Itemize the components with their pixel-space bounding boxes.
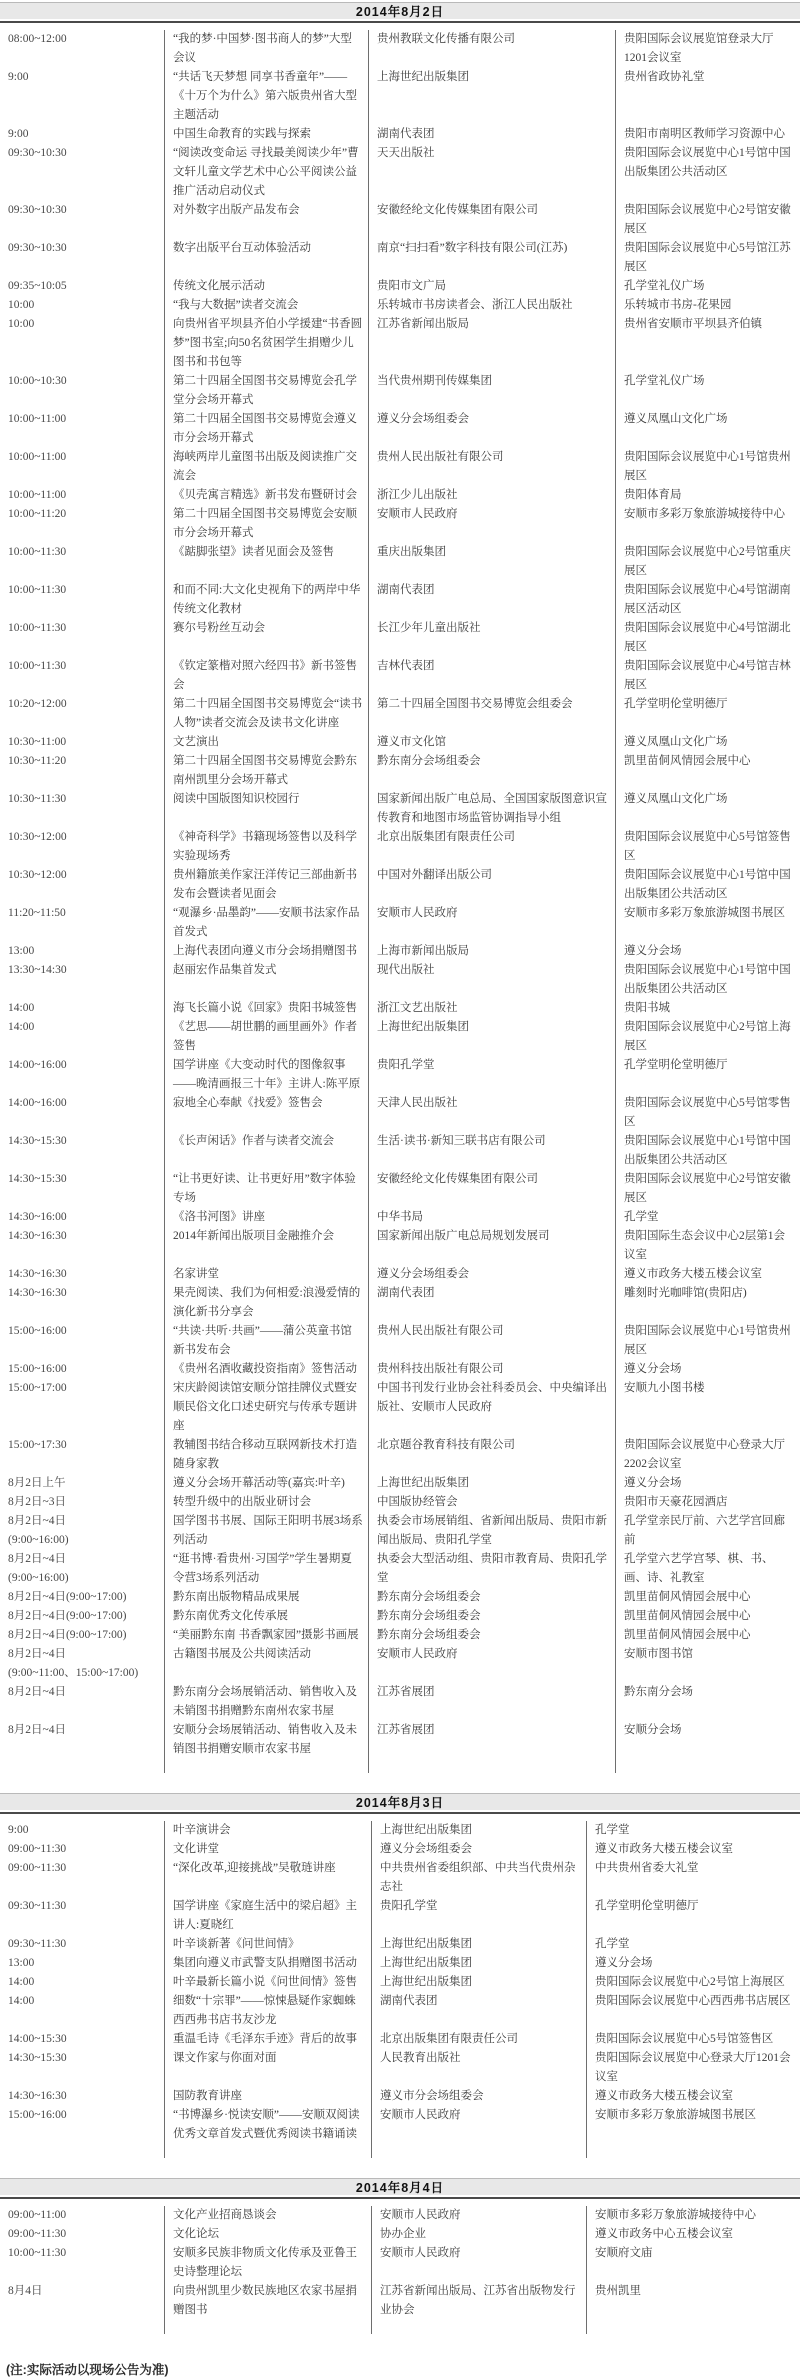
cell-time: 14:30~16:30 [0,1284,164,1322]
cell-organizer: 贵州科技出版社有限公司 [368,1360,615,1379]
table-row: 10:00~11:30 安顺多民族非物质文化传承及亚鲁王史诗整理论坛 安顺市人民… [0,2244,800,2282]
cell-time: 14:30~15:30 [0,2049,164,2087]
cell-venue: 贵阳国际会议展览中心1号馆中国出版集团公共活动区 [615,144,800,201]
cell-venue: 贵阳国际会议展览中心1号馆贵州展区 [615,448,800,486]
cell-venue: 贵阳书城 [615,999,800,1018]
cell-organizer: 安顺市人民政府 [368,505,615,543]
cell-venue: 孔学堂明伦堂明德厅 [586,1897,800,1935]
cell-event: 赛尔号粉丝互动会 [164,619,368,657]
cell-event: “逛书博·看贵州·习国学”学生暑期夏令营3场系列活动 [164,1550,368,1588]
table-row: 8月2日~4日(9:00~17:00) 黔东南出版物精品成果展 黔东南分会场组委… [0,1588,800,1607]
cell-event: 叶辛演讲会 [164,1821,371,1840]
cell-time: 09:00~11:30 [0,1840,164,1859]
cell-event: 第二十四届全国图书交易博览会安顺市分会场开幕式 [164,505,368,543]
cell-time: 8月2日~4日(9:00~17:00) [0,1588,164,1607]
cell-event: 国学讲座《家庭生活中的梁启超》主讲人:夏晓红 [164,1897,371,1935]
cell-venue: 安顺分会场 [615,1721,800,1773]
cell-venue: 贵阳国际会议展览中心5号馆签售区 [615,828,800,866]
cell-time: 14:00~15:30 [0,2030,164,2049]
table-row: 14:30~16:30 2014年新闻出版项目金融推介会 国家新闻出版广电总局规… [0,1227,800,1265]
cell-venue: 贵阳市天豪花园酒店 [615,1493,800,1512]
table-row: 13:00 集团向遵义市武警支队捐赠图书活动 上海世纪出版集团 遵义分会场 [0,1954,800,1973]
cell-venue: 孔学堂明伦堂明德厅 [615,1056,800,1094]
cell-venue: 贵阳国际会议展览中心登录大厅2202会议室 [615,1436,800,1474]
cell-venue: 安顺市多彩万象旅游城接待中心 [586,2206,800,2225]
table-row: 14:00 《艺思——胡世鹏的画里画外》作者签售 上海世纪出版集团 贵阳国际会议… [0,1018,800,1056]
cell-event: “美丽黔东南 书香飘家园”摄影书画展 [164,1626,368,1645]
cell-event: “我的梦·中国梦·图书商人的梦”大型会议 [164,30,368,68]
table-row: 15:00~16:00 “共读·共听·共画”——蒲公英童书馆新书发布会 贵州人民… [0,1322,800,1360]
cell-event: 国防教育讲座 [164,2087,371,2106]
cell-event: 文化论坛 [164,2225,371,2244]
table-row: 10:00~11:00 海峡两岸儿童图书出版及阅读推广交流会 贵州人民出版社有限… [0,448,800,486]
cell-time: 10:30~12:00 [0,866,164,904]
cell-time: 09:00~11:30 [0,2225,164,2244]
table-row: 09:00~11:30 文化论坛 协办企业 遵义市政务中心五楼会议室 [0,2225,800,2244]
table-row: 09:35~10:05 传统文化展示活动 贵阳市文广局 孔学堂礼仪广场 [0,277,800,296]
cell-organizer: 人民教育出版社 [371,2049,586,2087]
cell-organizer: 安顺市人民政府 [368,904,615,942]
table-row: 8月2日~4日 (9:00~16:00) “逛书博·看贵州·习国学”学生暑期夏令… [0,1550,800,1588]
table-row: 09:30~10:30 “阅读改变命运 寻找最美阅读少年”曹文轩儿童文学艺术中心… [0,144,800,201]
cell-organizer: 江苏省展团 [368,1721,615,1773]
cell-event: 遵义分会场开幕活动等(嘉宾:叶辛) [164,1474,368,1493]
section-date-header: 2014年8月3日 [0,1793,800,1810]
cell-time: 10:00~11:00 [0,410,164,448]
cell-time: 14:30~16:00 [0,1208,164,1227]
cell-venue: 贵阳国际生态会议中心2层第1会议室 [615,1227,800,1265]
cell-organizer: 安顺市人民政府 [371,2206,586,2225]
table-row: 10:00 “我与大数据”读者交流会 乐转城市书房读者会、浙江人民出版社 乐转城… [0,296,800,315]
table-row: 8月2日~4日 (9:00~16:00) 国学图书书展、国际王阳明书展3场系列活… [0,1512,800,1550]
cell-time: 14:00 [0,1018,164,1056]
cell-venue: 孔学堂明伦堂明德厅 [615,695,800,733]
cell-venue: 凯里苗侗风情园会展中心 [615,1588,800,1607]
cell-organizer: 湖南代表团 [368,125,615,144]
cell-venue: 贵阳国际会议展览中心4号馆湖北展区 [615,619,800,657]
cell-organizer: 国家新闻出版广电总局、全国国家版图意识宣传教育和地图市场监管协调指导小组 [368,790,615,828]
cell-event: 教辅图书结合移动互联网新技术打造随身家教 [164,1436,368,1474]
table-row: 09:30~11:30 国学讲座《家庭生活中的梁启超》主讲人:夏晓红 贵阳孔学堂… [0,1897,800,1935]
cell-time: 15:00~16:00 [0,2106,164,2158]
table-row: 14:00 细数“十宗罪”——惊悚悬疑作家蜘蛛西西弗书店书友沙龙 湖南代表团 贵… [0,1992,800,2030]
table-row: 10:00~11:30 《钦定篆楷对照六经四书》新书签售会 吉林代表团 贵阳国际… [0,657,800,695]
cell-event: “共读·共听·共画”——蒲公英童书馆新书发布会 [164,1322,368,1360]
cell-organizer: 黔东南分会场组委会 [368,752,615,790]
table-row: 14:30~16:30 名家讲堂 遵义分会场组委会 遵义市政务大楼五楼会议室 [0,1265,800,1284]
cell-time: 8月2日~4日 (9:00~16:00) [0,1550,164,1588]
cell-venue: 贵阳国际会议展览中心2号馆上海展区 [615,1018,800,1056]
table-row: 9:00 “共话飞天梦想 同享书香童年”——《十万个为什么》第六版贵州省大型主题… [0,68,800,125]
cell-organizer: 安顺市人民政府 [371,2244,586,2282]
table-row: 10:00~11:30 和而不同:大文化史视角下的两岸中华传统文化教材 湖南代表… [0,581,800,619]
cell-time: 8月4日 [0,2282,164,2334]
cell-organizer: 执委会大型活动组、贵阳市教育局、贵阳孔学堂 [368,1550,615,1588]
cell-time: 11:20~11:50 [0,904,164,942]
cell-venue: 黔东南分会场 [615,1683,800,1721]
cell-event: 第二十四届全国图书交易博览会孔学堂分会场开幕式 [164,372,368,410]
cell-venue: 贵阳体育局 [615,486,800,505]
cell-time: 9:00 [0,125,164,144]
table-row: 13:00 上海代表团向遵义市分会场捐赠图书 上海市新闻出版局 遵义分会场 [0,942,800,961]
cell-time: 14:30~16:30 [0,1227,164,1265]
table-row: 10:30~11:00 文艺演出 遵义市文化馆 遵义凤凰山文化广场 [0,733,800,752]
cell-event: 上海代表团向遵义市分会场捐赠图书 [164,942,368,961]
cell-venue: 贵阳国际会议展览中心登录大厅1201会议室 [586,2049,800,2087]
cell-venue: 贵阳国际会议展览中心5号馆江苏展区 [615,239,800,277]
table-row: 8月2日~4日 安顺分会场展销活动、销售收入及未销图书捐赠安顺市农家书屋 江苏省… [0,1721,800,1773]
cell-venue: 贵阳市南明区教师学习资源中心 [615,125,800,144]
cell-venue: 安顺市图书馆 [615,1645,800,1683]
cell-organizer: 贵州人民出版社有限公司 [368,1322,615,1360]
cell-organizer: 湖南代表团 [368,1284,615,1322]
cell-time: 15:00~17:00 [0,1379,164,1436]
cell-venue: 贵阳国际会议展览中心5号馆签售区 [586,2030,800,2049]
cell-organizer: 中共贵州省委组织部、中共当代贵州杂志社 [371,1859,586,1897]
cell-venue: 中共贵州省委大礼堂 [586,1859,800,1897]
table-row: 13:30~14:30 赵丽宏作品集首发式 现代出版社 贵阳国际会议展览中心1号… [0,961,800,999]
cell-event: “书博瀑乡·悦读安顺”——安顺双阅读优秀文章首发式暨优秀阅读书籍诵读 [164,2106,371,2158]
cell-venue: 贵阳国际会议展览中心2号馆重庆展区 [615,543,800,581]
cell-event: 赵丽宏作品集首发式 [164,961,368,999]
cell-venue: 孔学堂亲民厅前、六艺学宫回廊前 [615,1512,800,1550]
cell-event: 和而不同:大文化史视角下的两岸中华传统文化教材 [164,581,368,619]
table-row: 8月2日~4日 (9:00~11:00、15:00~17:00) 古籍图书展及公… [0,1645,800,1683]
cell-time: 15:00~16:00 [0,1360,164,1379]
table-row: 14:00 叶辛最新长篇小说《问世间情》签售 上海世纪出版集团 贵阳国际会议展览… [0,1973,800,1992]
cell-time: 14:00 [0,1973,164,1992]
schedule-section: 2014年8月2日 08:00~12:00 “我的梦·中国梦·图书商人的梦”大型… [0,2,800,1773]
cell-event: 文化产业招商恳谈会 [164,2206,371,2225]
cell-venue: 贵阳国际会议展览中心1号馆中国出版集团公共活动区 [615,866,800,904]
cell-organizer: 黔东南分会场组委会 [368,1626,615,1645]
table-row: 14:00~16:00 国学讲座《大变动时代的图像叙事——晚清画报三十年》主讲人… [0,1056,800,1094]
cell-venue: 贵阳国际会议展览中心1号馆贵州展区 [615,1322,800,1360]
cell-time: 14:00 [0,999,164,1018]
cell-time: 09:30~10:30 [0,239,164,277]
cell-venue: 凯里苗侗风情园会展中心 [615,1626,800,1645]
cell-organizer: 浙江少儿出版社 [368,486,615,505]
cell-time: 9:00 [0,1821,164,1840]
cell-organizer: 上海世纪出版集团 [368,68,615,125]
cell-time: 13:00 [0,942,164,961]
cell-venue: 安顺府文庙 [586,2244,800,2282]
cell-event: 重温毛诗《毛泽东手迹》背后的故事 [164,2030,371,2049]
cell-time: 10:00~11:00 [0,448,164,486]
cell-organizer: 北京出版集团有限责任公司 [371,2030,586,2049]
cell-organizer: 生活·读书·新知三联书店有限公司 [368,1132,615,1170]
cell-time: 09:30~11:30 [0,1897,164,1935]
cell-venue: 贵阳国际会议展览中心1号馆中国出版集团公共活动区 [615,961,800,999]
cell-event: 叶辛最新长篇小说《问世间情》签售 [164,1973,371,1992]
cell-organizer: 浙江文艺出版社 [368,999,615,1018]
table-row: 8月2日~4日(9:00~17:00) “美丽黔东南 书香飘家园”摄影书画展 黔… [0,1626,800,1645]
table-row: 10:30~12:00 《神奇科学》书籍现场签售以及科学实验现场秀 北京出版集团… [0,828,800,866]
cell-time: 13:00 [0,1954,164,1973]
cell-time: 9:00 [0,68,164,125]
cell-venue: 安顺市多彩万象旅游城图书展区 [586,2106,800,2158]
cell-time: 14:00 [0,1992,164,2030]
table-row: 14:00~16:00 寂地全心奉献《找爱》签售会 天津人民出版社 贵阳国际会议… [0,1094,800,1132]
cell-event: 《神奇科学》书籍现场签售以及科学实验现场秀 [164,828,368,866]
cell-event: 国学图书书展、国际王阳明书展3场系列活动 [164,1512,368,1550]
cell-time: 13:30~14:30 [0,961,164,999]
cell-venue: 遵义分会场 [615,942,800,961]
table-row: 08:00~12:00 “我的梦·中国梦·图书商人的梦”大型会议 贵州教联文化传… [0,30,800,68]
cell-event: 贵州籍旅美作家汪洋传记三部曲新书发布会暨读者见面会 [164,866,368,904]
cell-event: 古籍图书展及公共阅读活动 [164,1645,368,1683]
cell-time: 08:00~12:00 [0,30,164,68]
cell-venue: 孔学堂 [586,1821,800,1840]
cell-venue: 贵阳国际会议展览中心4号馆湖南展区活动区 [615,581,800,619]
cell-event: 传统文化展示活动 [164,277,368,296]
cell-organizer: 中华书局 [368,1208,615,1227]
table-row: 14:30~16:30 果壳阅读、我们为何相爱:浪漫爱情的演化新书分享会 湖南代… [0,1284,800,1322]
cell-time: 09:00~11:00 [0,2206,164,2225]
cell-event: 《长声闲话》作者与读者交流会 [164,1132,368,1170]
cell-venue: 贵阳国际会议展览中心2号馆安徽展区 [615,201,800,239]
cell-venue: 遵义分会场 [615,1360,800,1379]
cell-time: 09:30~10:30 [0,201,164,239]
cell-venue: 遵义市政务大楼五楼会议室 [615,1265,800,1284]
table-row: 11:20~11:50 “观瀑乡·品墨韵”——安顺书法家作品首发式 安顺市人民政… [0,904,800,942]
cell-event: 海峡两岸儿童图书出版及阅读推广交流会 [164,448,368,486]
cell-venue: 凯里苗侗风情园会展中心 [615,752,800,790]
cell-event: 第二十四届全国图书交易博览会“读书人物”读者交流会及读书文化讲座 [164,695,368,733]
cell-time: 09:00~11:30 [0,1859,164,1897]
cell-organizer: 贵阳孔学堂 [368,1056,615,1094]
cell-time: 14:30~16:30 [0,1265,164,1284]
cell-event: 寂地全心奉献《找爱》签售会 [164,1094,368,1132]
cell-time: 10:00~10:30 [0,372,164,410]
cell-organizer: 黔东南分会场组委会 [368,1607,615,1626]
cell-time: 10:00~11:30 [0,2244,164,2282]
cell-event: 《踮脚张望》读者见面会及签售 [164,543,368,581]
cell-time: 8月2日~4日 [0,1683,164,1721]
cell-organizer: 重庆出版集团 [368,543,615,581]
cell-organizer: 吉林代表团 [368,657,615,695]
table-row: 10:00~11:00 《贝壳寓言精选》新书发布暨研讨会 浙江少儿出版社 贵阳体… [0,486,800,505]
cell-event: 集团向遵义市武警支队捐赠图书活动 [164,1954,371,1973]
cell-time: 09:30~11:30 [0,1935,164,1954]
cell-organizer: 长江少年儿童出版社 [368,619,615,657]
schedule-document: 2014年8月2日 08:00~12:00 “我的梦·中国梦·图书商人的梦”大型… [0,0,800,2378]
cell-venue: 安顺九小图书楼 [615,1379,800,1436]
cell-venue: 贵阳国际会议展览中心1号馆中国出版集团公共活动区 [615,1132,800,1170]
section-date: 2014年8月4日 [356,2178,444,2196]
cell-time: 14:30~15:30 [0,1170,164,1208]
cell-venue: 孔学堂六艺学宫琴、棋、书、画、诗、礼教室 [615,1550,800,1588]
section-date-header: 2014年8月4日 [0,2178,800,2195]
cell-event: 果壳阅读、我们为何相爱:浪漫爱情的演化新书分享会 [164,1284,368,1322]
cell-organizer: 上海世纪出版集团 [368,1018,615,1056]
cell-event: 2014年新闻出版项目金融推介会 [164,1227,368,1265]
section-rows: 08:00~12:00 “我的梦·中国梦·图书商人的梦”大型会议 贵州教联文化传… [0,23,800,1773]
cell-organizer: 上海世纪出版集团 [371,1954,586,1973]
table-row: 8月2日~3日 转型升级中的出版业研讨会 中国版协经管会 贵阳市天豪花园酒店 [0,1493,800,1512]
cell-venue: 贵阳国际会议展览馆登录大厅1201会议室 [615,30,800,68]
table-row: 10:00~11:20 第二十四届全国图书交易博览会安顺市分会场开幕式 安顺市人… [0,505,800,543]
cell-event: 名家讲堂 [164,1265,368,1284]
cell-time: 10:30~11:20 [0,752,164,790]
cell-venue: 孔学堂礼仪广场 [615,277,800,296]
cell-event: 向贵州省平坝县齐伯小学援建“书香圆梦”图书室;向50名贫困学生捐赠少儿图书和书包… [164,315,368,372]
footer-note: (注:实际活动以现场公告为准) [0,2360,800,2378]
cell-organizer: 遵义市文化馆 [368,733,615,752]
cell-event: 黔东南优秀文化传承展 [164,1607,368,1626]
cell-organizer: 乐转城市书房读者会、浙江人民出版社 [368,296,615,315]
cell-event: 《贝壳寓言精选》新书发布暨研讨会 [164,486,368,505]
cell-venue: 遵义凤凰山文化广场 [615,410,800,448]
table-row: 10:00~10:30 第二十四届全国图书交易博览会孔学堂分会场开幕式 当代贵州… [0,372,800,410]
cell-event: 国学讲座《大变动时代的图像叙事——晚清画报三十年》主讲人:陈平原 [164,1056,368,1094]
cell-time: 10:00 [0,296,164,315]
cell-venue: 遵义凤凰山文化广场 [615,790,800,828]
cell-organizer: 遵义市分会场组委会 [371,2087,586,2106]
cell-venue: 安顺市多彩万象旅游城接待中心 [615,505,800,543]
cell-time: 14:00~16:00 [0,1094,164,1132]
table-row: 09:00~11:30 文化讲堂 遵义分会场组委会 遵义市政务大楼五楼会议室 [0,1840,800,1859]
cell-event: 《洛书河图》讲座 [164,1208,368,1227]
table-row: 14:30~15:30 课文作家与你面对面 人民教育出版社 贵阳国际会议展览中心… [0,2049,800,2087]
cell-venue: 贵州凯里 [586,2282,800,2334]
sections-container: 2014年8月2日 08:00~12:00 “我的梦·中国梦·图书商人的梦”大型… [0,2,800,2334]
cell-event: 宋庆龄阅读馆安顺分馆挂牌仪式暨安顺民俗文化口述史研究与传承专题讲座 [164,1379,368,1436]
section-date: 2014年8月2日 [356,2,444,20]
cell-event: 文艺演出 [164,733,368,752]
cell-organizer: 江苏省新闻出版局、江苏省出版物发行业协会 [371,2282,586,2334]
cell-organizer: 南京“扫扫看”数字科技有限公司(江苏) [368,239,615,277]
table-row: 9:00 叶辛演讲会 上海世纪出版集团 孔学堂 [0,1821,800,1840]
table-row: 10:30~11:20 第二十四届全国图书交易博览会黔东南州凯里分会场开幕式 黔… [0,752,800,790]
table-row: 14:30~15:30 “让书更好读、让书更好用”数字体验专场 安徽经纶文化传媒… [0,1170,800,1208]
cell-event: 第二十四届全国图书交易博览会黔东南州凯里分会场开幕式 [164,752,368,790]
cell-organizer: 上海世纪出版集团 [371,1973,586,1992]
cell-organizer: 中国对外翻译出版公司 [368,866,615,904]
cell-organizer: 上海世纪出版集团 [368,1474,615,1493]
cell-venue: 遵义凤凰山文化广场 [615,733,800,752]
cell-organizer: 北京出版集团有限责任公司 [368,828,615,866]
cell-time: 10:00~11:20 [0,505,164,543]
cell-organizer: 天天出版社 [368,144,615,201]
cell-event: “深化改革,迎接挑战”吴敬琏讲座 [164,1859,371,1897]
cell-event: “共话飞天梦想 同享书香童年”——《十万个为什么》第六版贵州省大型主题活动 [164,68,368,125]
cell-organizer: 江苏省新闻出版局 [368,315,615,372]
cell-venue: 遵义市政务大楼五楼会议室 [586,1840,800,1859]
table-row: 8月4日 向贵州凯里少数民族地区农家书屋捐赠图书 江苏省新闻出版局、江苏省出版物… [0,2282,800,2334]
cell-organizer: 中国书刊发行业协会社科委员会、中央编译出版社、安顺市人民政府 [368,1379,615,1436]
cell-time: 8月2日~3日 [0,1493,164,1512]
cell-event: 海飞长篇小说《回家》贵阳书城签售 [164,999,368,1018]
cell-organizer: 湖南代表团 [371,1992,586,2030]
table-row: 9:00 中国生命教育的实践与探索 湖南代表团 贵阳市南明区教师学习资源中心 [0,125,800,144]
cell-event: 文化讲堂 [164,1840,371,1859]
cell-event: 中国生命教育的实践与探索 [164,125,368,144]
table-row: 14:00 海飞长篇小说《回家》贵阳书城签售 浙江文艺出版社 贵阳书城 [0,999,800,1018]
cell-organizer: 上海世纪出版集团 [371,1935,586,1954]
cell-event: 细数“十宗罪”——惊悚悬疑作家蜘蛛西西弗书店书友沙龙 [164,1992,371,2030]
cell-venue: 遵义分会场 [586,1954,800,1973]
table-row: 10:00~11:00 第二十四届全国图书交易博览会遵义市分会场开幕式 遵义分会… [0,410,800,448]
table-row: 14:30~16:00 《洛书河图》讲座 中华书局 孔学堂 [0,1208,800,1227]
cell-organizer: 当代贵州期刊传媒集团 [368,372,615,410]
cell-organizer: 贵州教联文化传播有限公司 [368,30,615,68]
cell-time: 8月2日~4日(9:00~17:00) [0,1626,164,1645]
cell-venue: 遵义分会场 [615,1474,800,1493]
cell-organizer: 遵义分会场组委会 [368,410,615,448]
cell-event: “我与大数据”读者交流会 [164,296,368,315]
table-row: 15:00~17:00 宋庆龄阅读馆安顺分馆挂牌仪式暨安顺民俗文化口述史研究与传… [0,1379,800,1436]
cell-time: 15:00~17:30 [0,1436,164,1474]
cell-event: 《贵州名酒收藏投资指南》签售活动 [164,1360,368,1379]
table-row: 15:00~16:00 “书博瀑乡·悦读安顺”——安顺双阅读优秀文章首发式暨优秀… [0,2106,800,2158]
cell-organizer: 上海世纪出版集团 [371,1821,586,1840]
cell-organizer: 湖南代表团 [368,581,615,619]
section-date-header: 2014年8月2日 [0,2,800,19]
cell-time: 10:00~11:00 [0,486,164,505]
cell-event: “阅读改变命运 寻找最美阅读少年”曹文轩儿童文学艺术中心公平阅读公益推广活动启动… [164,144,368,201]
table-row: 8月2日~4日(9:00~17:00) 黔东南优秀文化传承展 黔东南分会场组委会… [0,1607,800,1626]
cell-venue: 孔学堂 [586,1935,800,1954]
cell-organizer: 现代出版社 [368,961,615,999]
table-row: 15:00~16:00 《贵州名酒收藏投资指南》签售活动 贵州科技出版社有限公司… [0,1360,800,1379]
table-row: 10:00~11:30 赛尔号粉丝互动会 长江少年儿童出版社 贵阳国际会议展览中… [0,619,800,657]
cell-time: 8月2日~4日 (9:00~16:00) [0,1512,164,1550]
table-row: 09:00~11:00 文化产业招商恳谈会 安顺市人民政府 安顺市多彩万象旅游城… [0,2206,800,2225]
table-row: 09:00~11:30 “深化改革,迎接挑战”吴敬琏讲座 中共贵州省委组织部、中… [0,1859,800,1897]
section-date: 2014年8月3日 [356,1793,444,1811]
cell-time: 14:30~15:30 [0,1132,164,1170]
cell-event: 向贵州凯里少数民族地区农家书屋捐赠图书 [164,2282,371,2334]
cell-time: 09:30~10:30 [0,144,164,201]
cell-organizer: 贵阳市文广局 [368,277,615,296]
table-row: 10:00~11:30 《踮脚张望》读者见面会及签售 重庆出版集团 贵阳国际会议… [0,543,800,581]
cell-organizer: 遵义分会场组委会 [368,1265,615,1284]
cell-time: 10:00~11:30 [0,581,164,619]
cell-venue: 孔学堂礼仪广场 [615,372,800,410]
cell-event: 安顺多民族非物质文化传承及亚鲁王史诗整理论坛 [164,2244,371,2282]
table-row: 15:00~17:30 教辅图书结合移动互联网新技术打造随身家教 北京题谷教育科… [0,1436,800,1474]
cell-organizer: 安顺市人民政府 [371,2106,586,2158]
cell-organizer: 国家新闻出版广电总局规划发展司 [368,1227,615,1265]
cell-event: 数字出版平台互动体验活动 [164,239,368,277]
cell-event: “让书更好读、让书更好用”数字体验专场 [164,1170,368,1208]
cell-event: 课文作家与你面对面 [164,2049,371,2087]
table-row: 8月2日上午 遵义分会场开幕活动等(嘉宾:叶辛) 上海世纪出版集团 遵义分会场 [0,1474,800,1493]
section-rows: 9:00 叶辛演讲会 上海世纪出版集团 孔学堂 09:00~11:30 文化讲堂… [0,1814,800,2158]
cell-venue: 遵义市政务中心五楼会议室 [586,2225,800,2244]
table-row: 14:00~15:30 重温毛诗《毛泽东手迹》背后的故事 北京出版集团有限责任公… [0,2030,800,2049]
cell-venue: 安顺市多彩万象旅游城图书展区 [615,904,800,942]
cell-organizer: 贵阳孔学堂 [371,1897,586,1935]
table-row: 09:30~10:30 对外数字出版产品发布会 安徽经纶文化传媒集团有限公司 贵… [0,201,800,239]
cell-time: 8月2日~4日 [0,1721,164,1773]
cell-venue: 贵阳国际会议展览中心西西弗书店展区 [586,1992,800,2030]
cell-organizer: 协办企业 [371,2225,586,2244]
cell-venue: 孔学堂 [615,1208,800,1227]
cell-time: 10:30~11:30 [0,790,164,828]
cell-event: 转型升级中的出版业研讨会 [164,1493,368,1512]
cell-event: 第二十四届全国图书交易博览会遵义市分会场开幕式 [164,410,368,448]
section-rows: 09:00~11:00 文化产业招商恳谈会 安顺市人民政府 安顺市多彩万象旅游城… [0,2199,800,2334]
table-row: 10:20~12:00 第二十四届全国图书交易博览会“读书人物”读者交流会及读书… [0,695,800,733]
cell-event: 安顺分会场展销活动、销售收入及未销图书捐赠安顺市农家书屋 [164,1721,368,1773]
cell-organizer: 安徽经纶文化传媒集团有限公司 [368,201,615,239]
cell-organizer: 第二十四届全国图书交易博览会组委会 [368,695,615,733]
cell-event: 《钦定篆楷对照六经四书》新书签售会 [164,657,368,695]
table-row: 10:30~12:00 贵州籍旅美作家汪洋传记三部曲新书发布会暨读者见面会 中国… [0,866,800,904]
cell-organizer: 安徽经纶文化传媒集团有限公司 [368,1170,615,1208]
